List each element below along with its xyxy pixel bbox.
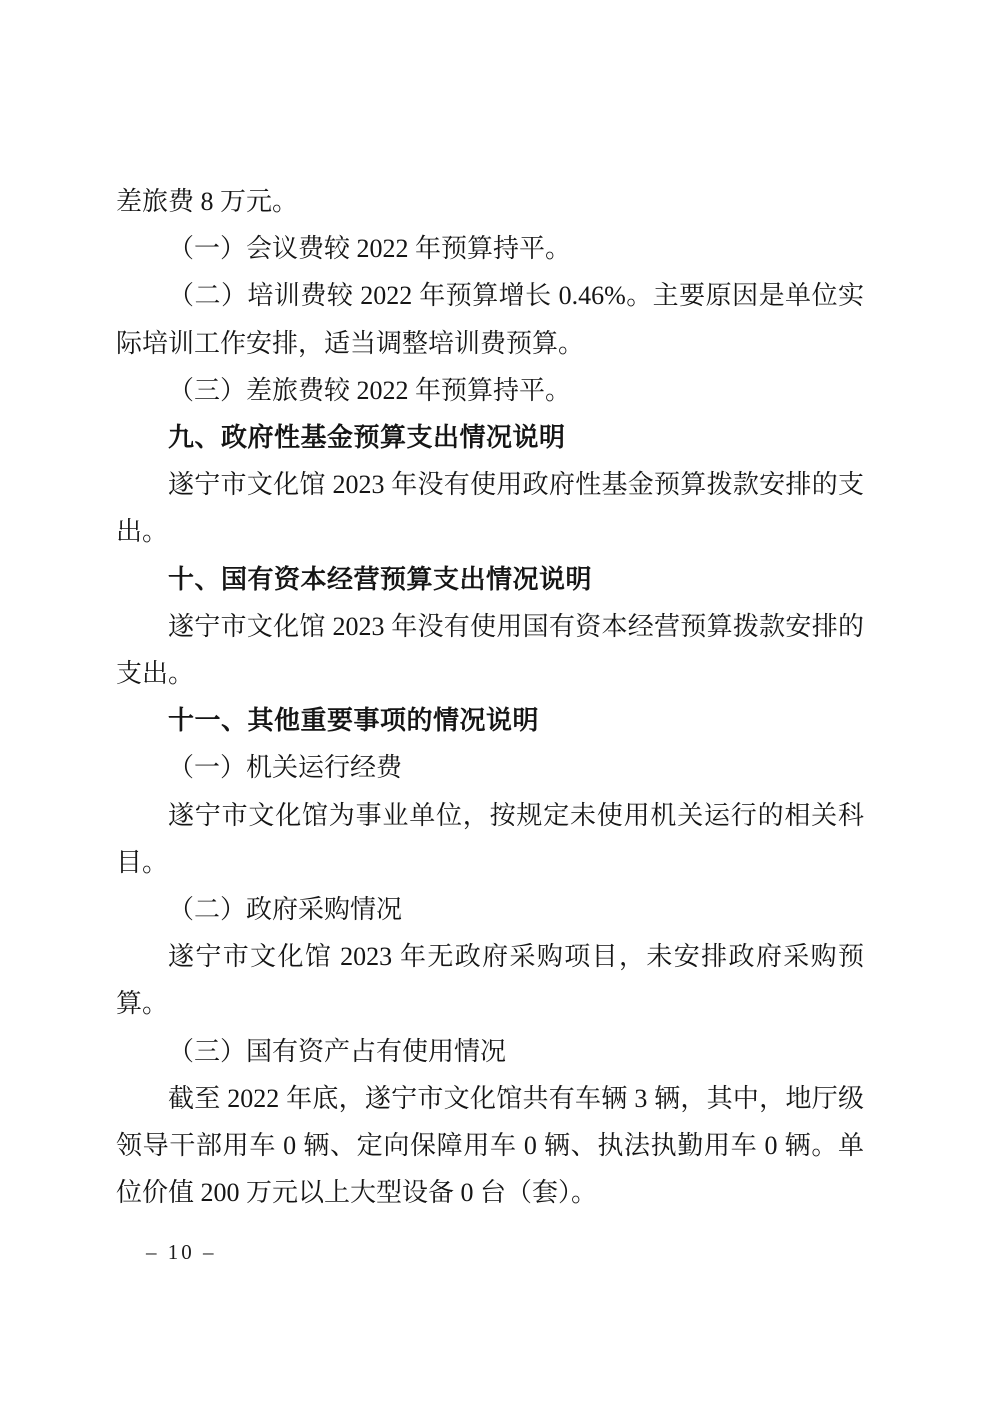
subsection-2-procurement-heading: （二）政府采购情况: [116, 886, 864, 933]
paragraph-section-10-body: 遂宁市文化馆 2023 年没有使用国有资本经营预算拨款安排的支出。: [116, 603, 864, 697]
document-body: 差旅费 8 万元。 （一）会议费较 2022 年预算持平。 （二）培训费较 20…: [116, 178, 864, 1216]
paragraph-item-1-meeting-fee: （一）会议费较 2022 年预算持平。: [116, 225, 864, 272]
subsection-3-state-assets-heading: （三）国有资产占有使用情况: [116, 1028, 864, 1075]
page-number: – 10 –: [146, 1240, 217, 1265]
paragraph-operating-funds-body: 遂宁市文化馆为事业单位，按规定未使用机关运行的相关科目。: [116, 792, 864, 886]
paragraph-item-2-training-fee: （二）培训费较 2022 年预算增长 0.46%。主要原因是单位实际培训工作安排…: [116, 272, 864, 366]
paragraph-state-assets-body: 截至 2022 年底，遂宁市文化馆共有车辆 3 辆，其中，地厅级领导干部用车 0…: [116, 1075, 864, 1217]
subsection-1-operating-funds-heading: （一）机关运行经费: [116, 744, 864, 791]
document-page: 差旅费 8 万元。 （一）会议费较 2022 年预算持平。 （二）培训费较 20…: [0, 0, 992, 1403]
paragraph-travel-expense-continuation: 差旅费 8 万元。: [116, 178, 864, 225]
paragraph-section-9-body: 遂宁市文化馆 2023 年没有使用政府性基金预算拨款安排的支出。: [116, 461, 864, 555]
paragraph-procurement-body: 遂宁市文化馆 2023 年无政府采购项目，未安排政府采购预算。: [116, 933, 864, 1027]
section-11-heading: 十一、其他重要事项的情况说明: [116, 697, 864, 744]
paragraph-item-3-travel-fee: （三）差旅费较 2022 年预算持平。: [116, 367, 864, 414]
section-10-heading: 十、国有资本经营预算支出情况说明: [116, 556, 864, 603]
section-9-heading: 九、政府性基金预算支出情况说明: [116, 414, 864, 461]
